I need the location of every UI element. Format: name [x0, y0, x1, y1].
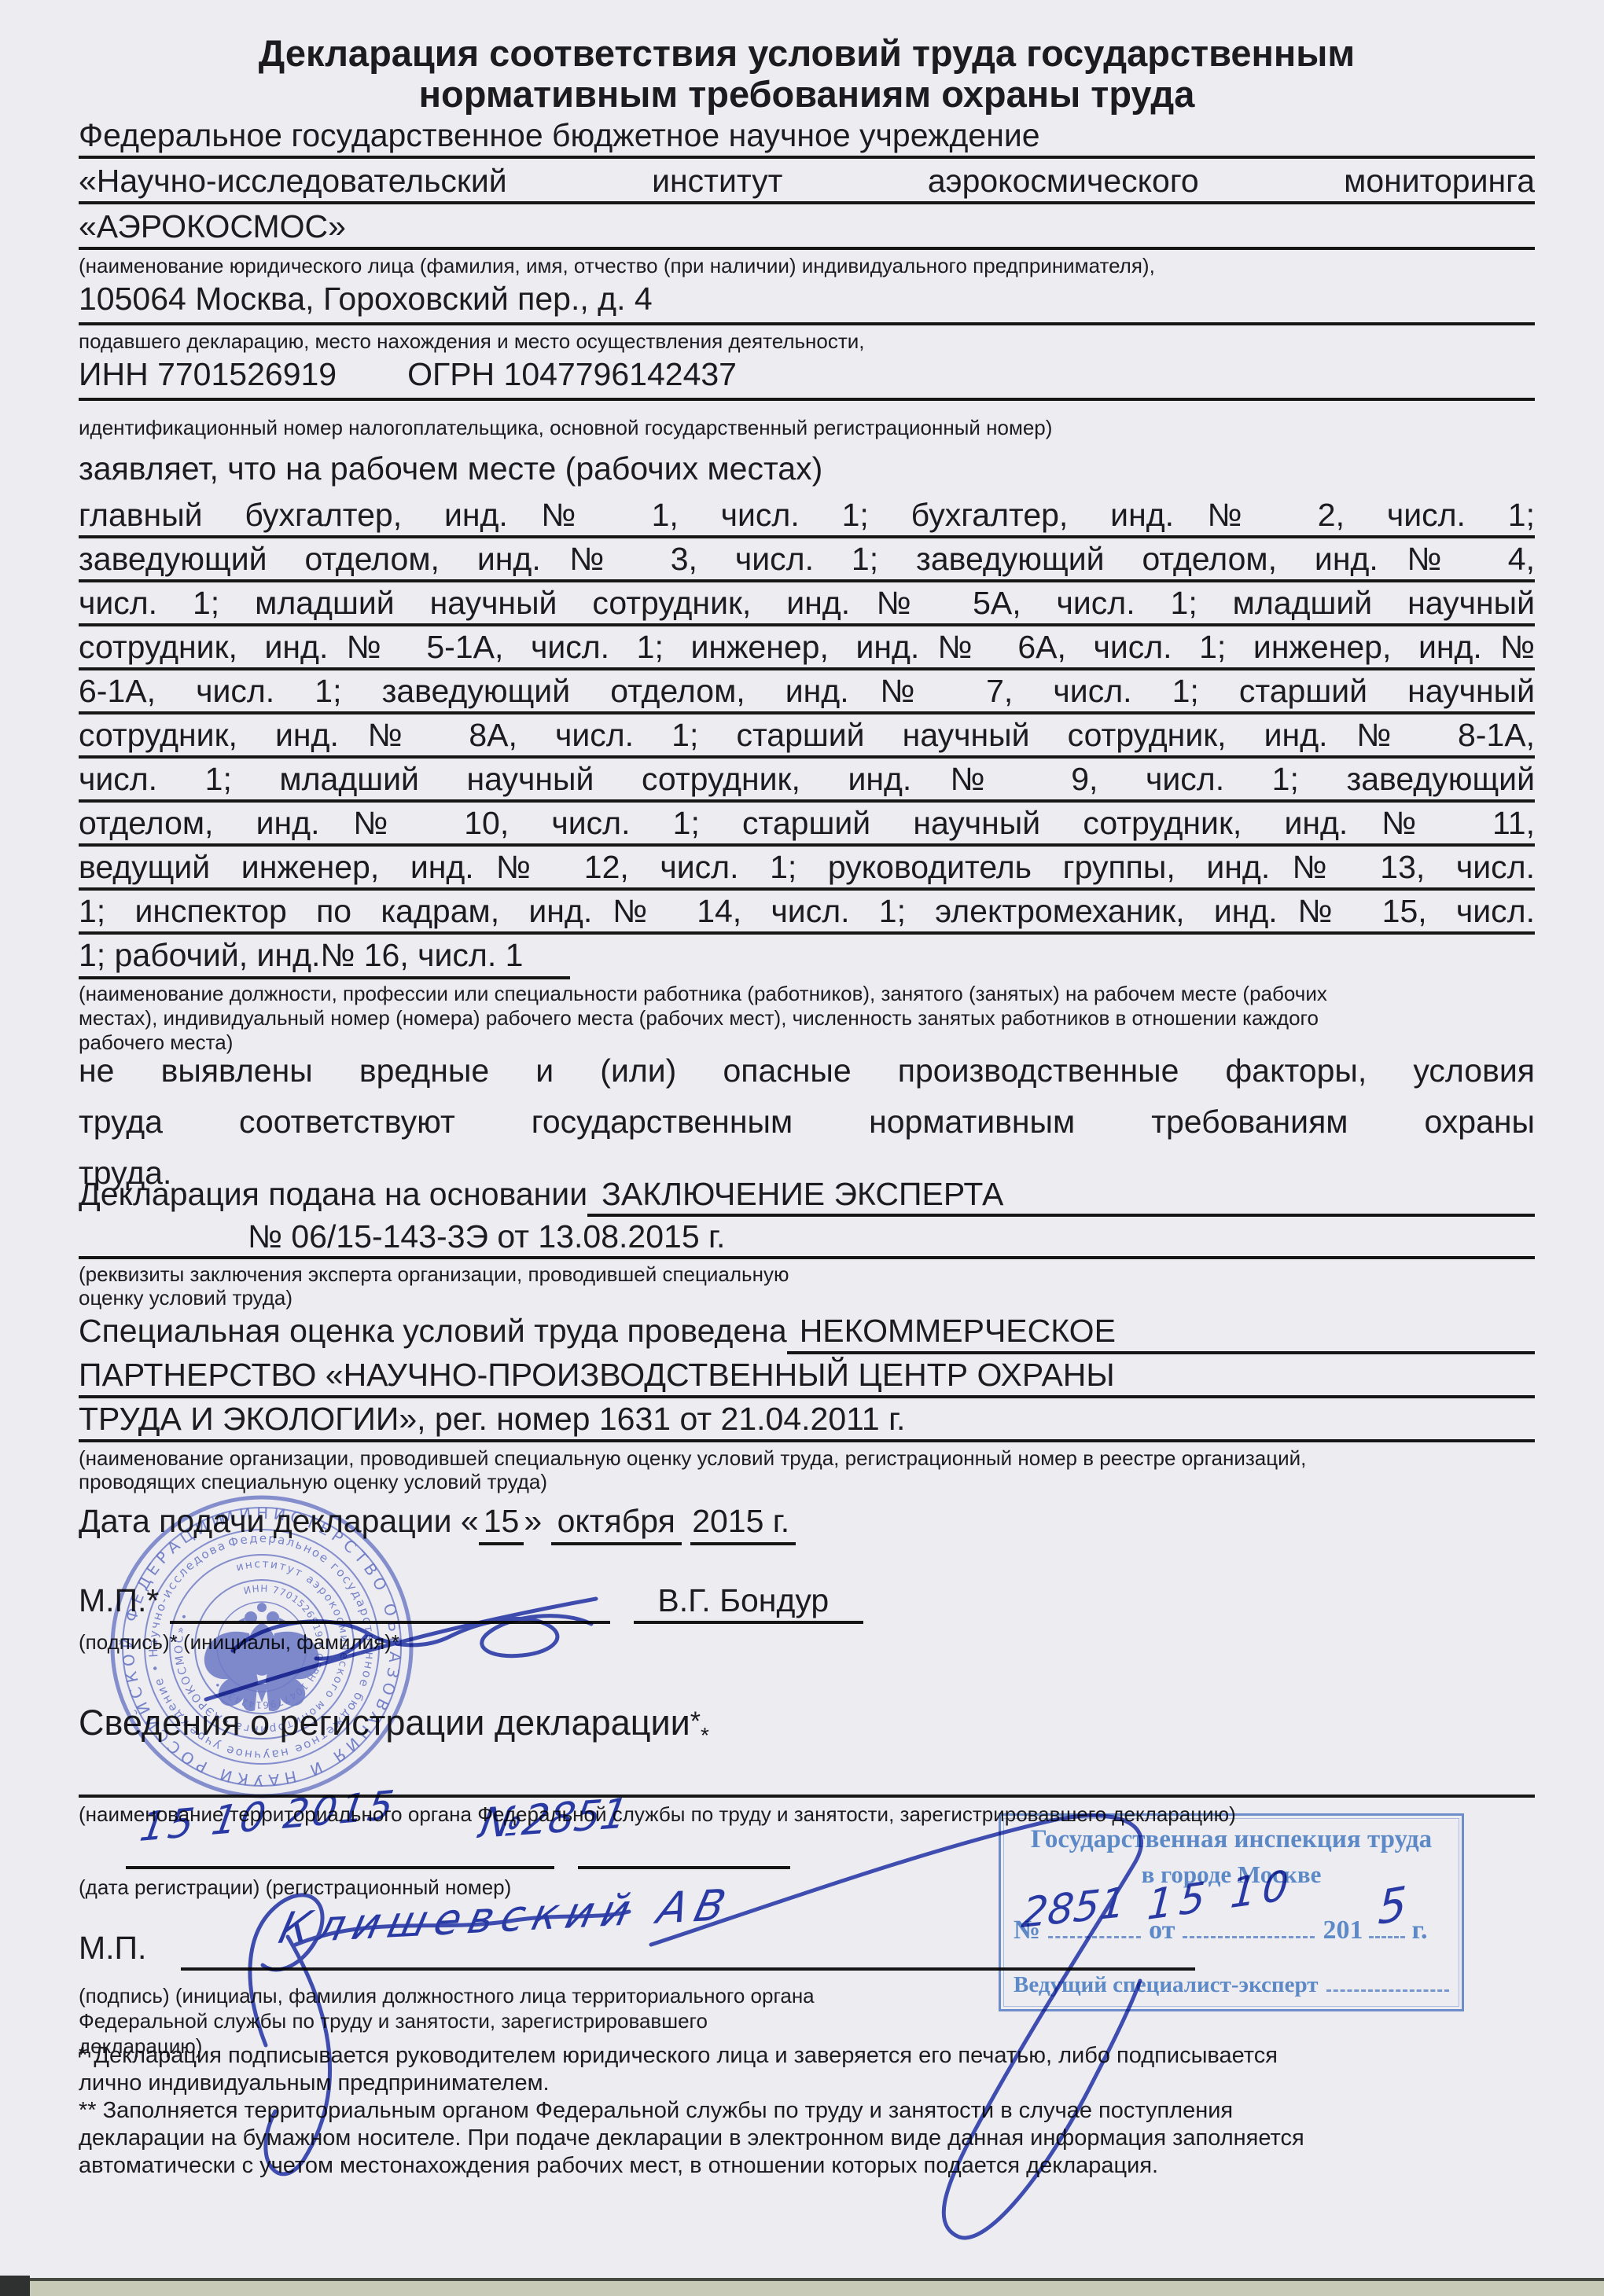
workplaces-caption-line2: местах), индивидуальный номер (номера) р…	[79, 1006, 1535, 1030]
scan-edge-corner	[0, 2276, 30, 2296]
stamp-role-signature-line	[1326, 1966, 1450, 1992]
workplaces-line: 6-1А, числ. 1; заведующий отделом, инд.№…	[79, 674, 1535, 715]
stamp-number-blank	[1048, 1912, 1141, 1938]
declares-line: заявляет, что на рабочем месте (рабочих …	[79, 451, 1535, 486]
basis-caption-line2: оценку условий труда)	[79, 1286, 1535, 1310]
organization-round-seal: МИНИСТЕРСТВО ОБРАЗОВАНИЯ И НАУКИ РОССИЙС…	[107, 1492, 417, 1802]
quote-open: «	[461, 1503, 479, 1539]
declarant-name-line3: «АЭРОКОСМОС»	[79, 209, 1535, 250]
stamp-number-row: № от 201 г.	[1014, 1912, 1449, 1945]
workplaces-section: главный бухгалтер, инд.№ 1, числ. 1; бух…	[79, 498, 1535, 1055]
filing-month: октября	[551, 1503, 682, 1545]
basis-value-line2: № 06/15-143-3Э от 13.08.2015 г.	[79, 1220, 1535, 1259]
basis-value: ЗАКЛЮЧЕНИЕ ЭКСПЕРТА	[587, 1177, 1535, 1217]
registration-number-line	[578, 1846, 790, 1869]
official-caption-line2: Федеральной службы по труду и занятости,…	[79, 2008, 1535, 2033]
workplaces-line: 1; инспектор по кадрам, инд.№ 14, числ. …	[79, 895, 1535, 935]
stamp-year-suffix: г.	[1411, 1916, 1427, 1945]
stamp-role-label: Ведущий специалист-эксперт	[1014, 1972, 1319, 1998]
page-title-line1: Декларация соответствия условий труда го…	[79, 33, 1535, 74]
footnote-line: ** Заполняется территориальным органом Ф…	[79, 2097, 1535, 2125]
footnote-line: декларации на бумажном носителе. При под…	[79, 2125, 1535, 2152]
workplaces-line: сотрудник, инд.№ 5-1А, числ. 1; инженер,…	[79, 630, 1535, 670]
workplaces-line: главный бухгалтер, инд.№ 1, числ. 1; бух…	[79, 498, 1535, 538]
declarant-name-line2: «Научно-исследовательский институт аэрок…	[79, 163, 1535, 204]
filing-year: 2015 г.	[690, 1503, 796, 1545]
assessment-value-line3: ТРУДА И ЭКОЛОГИИ», рег. номер 1631 от 21…	[79, 1402, 1535, 1442]
header-section: Декларация соответствия условий труда го…	[79, 33, 1535, 486]
ogrn-value: ОГРН 1047796142437	[407, 356, 737, 392]
director-name: В.Г. Бондур	[634, 1583, 863, 1624]
stamp-title-line2: в городе Москве	[1001, 1861, 1462, 1889]
double-headed-eagle-icon	[204, 1603, 319, 1711]
assessment-value-line1: НЕКОММЕРЧЕСКОЕ	[787, 1314, 1535, 1354]
assessment-caption-line1: (наименование организации, проводившей с…	[79, 1446, 1535, 1470]
footnote-line: автоматически с учетом местонахождения р…	[79, 2152, 1535, 2180]
declarant-ids: ИНН 7701526919ОГРН 1047796142437	[79, 357, 1535, 401]
workplaces-line: числ. 1; младший научный сотрудник, инд.…	[79, 586, 1535, 626]
assessment-section: Специальная оценка условий труда проведе…	[79, 1314, 1535, 1493]
footnotes-section: * Декларация подписывается руководителем…	[79, 2042, 1535, 2180]
footnote-line: лично индивидуальным предпринимателем.	[79, 2070, 1535, 2097]
scan-edge-strip	[0, 2278, 1604, 2296]
basis-caption-line1: (реквизиты заключения эксперта организац…	[79, 1262, 1535, 1286]
stamp-year-prefix: 201	[1323, 1916, 1363, 1945]
workplaces-line: сотрудник, инд.№ 8А, числ. 1; старший на…	[79, 718, 1535, 759]
registration-date-line	[126, 1846, 554, 1869]
basis-section: Декларация подана на основании ЗАКЛЮЧЕНИ…	[79, 1177, 1535, 1310]
workplaces-caption-line1: (наименование должности, профессии или с…	[79, 982, 1535, 1006]
basis-label: Декларация подана на основании	[79, 1177, 587, 1210]
stamp-year-blank	[1369, 1912, 1405, 1938]
workplaces-line: заведующий отделом, инд.№ 3, числ. 1; за…	[79, 542, 1535, 582]
stamp-role-row: Ведущий специалист-эксперт	[1014, 1966, 1449, 1998]
workplaces-line: числ. 1; младший научный сотрудник, инд.…	[79, 762, 1535, 803]
scanned-declaration-page: Декларация соответствия условий труда го…	[0, 0, 1604, 2296]
declarant-address-caption: подавшего декларацию, место нахождения и…	[79, 330, 1535, 352]
inn-value: ИНН 7701526919	[79, 356, 337, 392]
workplaces-line-last: 1; рабочий, инд.№ 16, числ. 1	[79, 939, 1535, 972]
declarant-address: 105064 Москва, Гороховский пер., д. 4	[79, 281, 1535, 325]
conclusion-line2: труда соответствуют государственным норм…	[79, 1097, 1535, 1148]
assessment-label: Специальная оценка условий труда проведе…	[79, 1314, 787, 1348]
inspection-stamp: Государственная инспекция труда в городе…	[999, 1813, 1464, 2011]
heading-marker2: *	[701, 1723, 709, 1747]
declarant-name-line1: Федеральное государственное бюджетное на…	[79, 118, 1535, 159]
declarant-ids-caption: идентификационный номер налогоплательщик…	[79, 417, 1535, 439]
stamp-date-blank	[1183, 1912, 1315, 1938]
workplaces-line: ведущий инженер, инд.№ 12, числ. 1; руко…	[79, 850, 1535, 891]
heading-marker1: *	[690, 1706, 701, 1736]
footnote-line: * Декларация подписывается руководителем…	[79, 2042, 1535, 2070]
declarant-name-caption: (наименование юридического лица (фамилия…	[79, 255, 1535, 277]
stamp-title-line1: Государственная инспекция труда	[1001, 1825, 1462, 1854]
assessment-value-line2: ПАРТНЕРСТВО «НАУЧНО-ПРОИЗВОДСТВЕННЫЙ ЦЕН…	[79, 1358, 1535, 1398]
stamp-ot-label: от	[1149, 1916, 1175, 1945]
stamp-no-label: №	[1014, 1916, 1040, 1945]
mp2-label: М.П.	[79, 1931, 146, 1964]
assessment-caption-line2: проводящих специальную оценку условий тр…	[79, 1470, 1535, 1493]
workplaces-line: отделом, инд.№ 10, числ. 1; старший науч…	[79, 806, 1535, 847]
quote-close: »	[524, 1503, 542, 1539]
conclusion-line1: не выявлены вредные и (или) опасные прои…	[79, 1045, 1535, 1097]
page-title-line2: нормативным требованиям охраны труда	[79, 74, 1535, 115]
filing-day: 15	[479, 1503, 524, 1545]
